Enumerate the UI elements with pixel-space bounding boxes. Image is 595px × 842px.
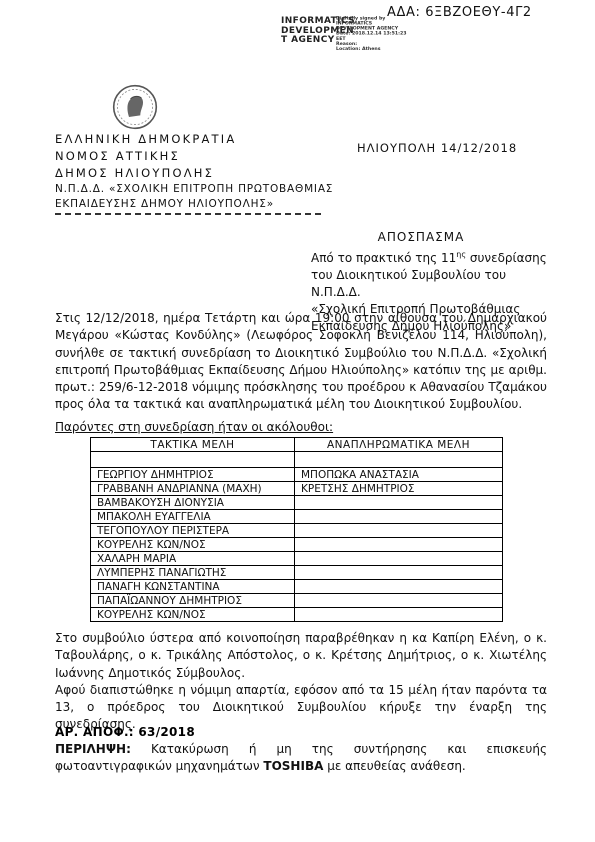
member-cell: ΛΥΜΠΕΡΗΣ ΠΑΝΑΓΙΩΤΗΣ	[91, 566, 295, 580]
member-cell: ΠΑΠΑΪΩΑΝΝΟΥ ΔΗΜΗΤΡΙΟΣ	[91, 594, 295, 608]
brand-name: TOSHIBA	[263, 759, 323, 773]
table-row: ΛΥΜΠΕΡΗΣ ΠΑΝΑΓΙΩΤΗΣ	[91, 566, 503, 580]
table-row	[91, 452, 503, 468]
header-municipality: ΔΗΜΟΣ ΗΛΙΟΥΠΟΛΗΣ	[55, 165, 333, 182]
regular-members-header: ΤΑΚΤΙΚΑ ΜΕΛΗ	[91, 438, 295, 452]
member-cell	[295, 496, 503, 510]
extract-line1: Από το πρακτικό της 11ης συνεδρίασης	[311, 246, 549, 267]
table-row: ΚΟΥΡΕΛΗΣ ΚΩΝ/ΝΟΣ	[91, 608, 503, 622]
member-cell	[295, 510, 503, 524]
member-cell: ΧΑΛΑΡΗ ΜΑΡΙΑ	[91, 552, 295, 566]
member-cell	[295, 452, 503, 468]
table-row: ΒΑΜΒΑΚΟΥΣΗ ΔΙΟΝΥΣΙΑ	[91, 496, 503, 510]
member-cell	[295, 580, 503, 594]
greek-state-emblem-icon	[112, 84, 158, 130]
member-cell: ΚΟΥΡΕΛΗΣ ΚΩΝ/ΝΟΣ	[91, 608, 295, 622]
members-table: ΤΑΚΤΙΚΑ ΜΕΛΗ ΑΝΑΠΛΗΡΩΜΑΤΙΚΑ ΜΕΛΗ ΓΕΩΡΓΙΟ…	[90, 437, 503, 622]
member-cell: ΒΑΜΒΑΚΟΥΣΗ ΔΙΟΝΥΣΙΑ	[91, 496, 295, 510]
header-prefecture: ΝΟΜΟΣ ΑΤΤΙΚΗΣ	[55, 148, 333, 165]
decision-summary: ΠΕΡΙΛΗΨΗ: Κατακύρωση ή μη της συντήρησης…	[55, 741, 547, 776]
table-row: ΓΡΑΒΒΑΝΗ ΑΝΔΡΙΑΝΝΑ (ΜΑΧΗ)ΚΡΕΤΣΗΣ ΔΗΜΗΤΡΙ…	[91, 482, 503, 496]
agency-header: ΕΛΛΗΝΙΚΗ ΔΗΜΟΚΡΑΤΙΑ ΝΟΜΟΣ ΑΤΤΙΚΗΣ ΔΗΜΟΣ …	[55, 131, 333, 212]
table-row: ΜΠΑΚΟΛΗ ΕΥΑΓΓΕΛΙΑ	[91, 510, 503, 524]
table-row: ΠΑΝΑΓΗ ΚΩΝΣΤΑΝΤΙΝΑ	[91, 580, 503, 594]
member-cell	[295, 594, 503, 608]
extract-line2: του Διοικητικού Συμβουλίου του Ν.Π.Δ.Δ.	[311, 267, 549, 301]
table-row: ΧΑΛΑΡΗ ΜΑΡΙΑ	[91, 552, 503, 566]
member-cell: ΤΕΓΟΠΟΥΛΟΥ ΠΕΡΙΣΤΕΡΑ	[91, 524, 295, 538]
table-row: ΤΕΓΟΠΟΥΛΟΥ ΠΕΡΙΣΤΕΡΑ	[91, 524, 503, 538]
digital-signature-details: Digitally signed by INFORMATICS DEVELOPM…	[336, 16, 406, 51]
table-row: ΠΑΠΑΪΩΑΝΝΟΥ ΔΗΜΗΤΡΙΟΣ	[91, 594, 503, 608]
quorum-paragraphs: Στο συμβούλιο ύστερα από κοινοποίηση παρ…	[55, 630, 547, 734]
header-republic: ΕΛΛΗΝΙΚΗ ΔΗΜΟΚΡΑΤΙΑ	[55, 131, 333, 148]
member-cell: ΜΠΑΚΟΛΗ ΕΥΑΓΓΕΛΙΑ	[91, 510, 295, 524]
alternate-members-header: ΑΝΑΠΛΗΡΩΜΑΤΙΚΑ ΜΕΛΗ	[295, 438, 503, 452]
header-divider	[55, 213, 321, 215]
extract-title: ΑΠΟΣΠΑΣΜΑ	[311, 229, 531, 246]
header-entity-line1: Ν.Π.Δ.Δ. «ΣΧΟΛΙΚΗ ΕΠΙΤΡΟΠΗ ΠΡΩΤΟΒΑΘΜΙΑΣ	[55, 182, 333, 197]
attendees-intro: Παρόντες στη συνεδρίαση ήταν οι ακόλουθο…	[55, 420, 333, 434]
table-row: ΓΕΩΡΓΙΟΥ ΔΗΜΗΤΡΙΟΣΜΠΟΠΩΚΑ ΑΝΑΣΤΑΣΙΑ	[91, 468, 503, 482]
member-cell	[91, 452, 295, 468]
header-entity-line2: ΕΚΠΑΙΔΕΥΣΗΣ ΔΗΜΟΥ ΗΛΙΟΥΠΟΛΗΣ»	[55, 197, 333, 212]
member-cell: ΓΕΩΡΓΙΟΥ ΔΗΜΗΤΡΙΟΣ	[91, 468, 295, 482]
place-date: ΗΛΙΟΥΠΟΛΗ 14/12/2018	[357, 141, 517, 155]
summary-label: ΠΕΡΙΛΗΨΗ:	[55, 742, 131, 756]
member-cell	[295, 538, 503, 552]
member-cell: ΚΟΥΡΕΛΗΣ ΚΩΝ/ΝΟΣ	[91, 538, 295, 552]
member-cell: ΠΑΝΑΓΗ ΚΩΝΣΤΑΝΤΙΝΑ	[91, 580, 295, 594]
member-cell	[295, 608, 503, 622]
member-cell	[295, 552, 503, 566]
member-cell: ΚΡΕΤΣΗΣ ΔΗΜΗΤΡΙΟΣ	[295, 482, 503, 496]
ada-code: ΑΔΑ: 6ΞΒΖΟΕΘΥ-4Γ2	[387, 5, 532, 20]
ordinal-suffix: ης	[456, 250, 466, 259]
member-cell: ΜΠΟΠΩΚΑ ΑΝΑΣΤΑΣΙΑ	[295, 468, 503, 482]
table-row: ΚΟΥΡΕΛΗΣ ΚΩΝ/ΝΟΣ	[91, 538, 503, 552]
notified-attendees-paragraph: Στο συμβούλιο ύστερα από κοινοποίηση παρ…	[55, 630, 547, 682]
document-page: ΑΔΑ: 6ΞΒΖΟΕΘΥ-4Γ2 INFORMATICS DEVELOPMEN…	[0, 0, 595, 842]
member-cell	[295, 524, 503, 538]
decision-number: ΑΡ. ΑΠΟΦ.: 63/2018	[55, 725, 195, 739]
session-paragraph: Στις 12/12/2018, ημέρα Τετάρτη και ώρα 1…	[55, 310, 547, 414]
table-header-row: ΤΑΚΤΙΚΑ ΜΕΛΗ ΑΝΑΠΛΗΡΩΜΑΤΙΚΑ ΜΕΛΗ	[91, 438, 503, 452]
member-cell	[295, 566, 503, 580]
member-cell: ΓΡΑΒΒΑΝΗ ΑΝΔΡΙΑΝΝΑ (ΜΑΧΗ)	[91, 482, 295, 496]
